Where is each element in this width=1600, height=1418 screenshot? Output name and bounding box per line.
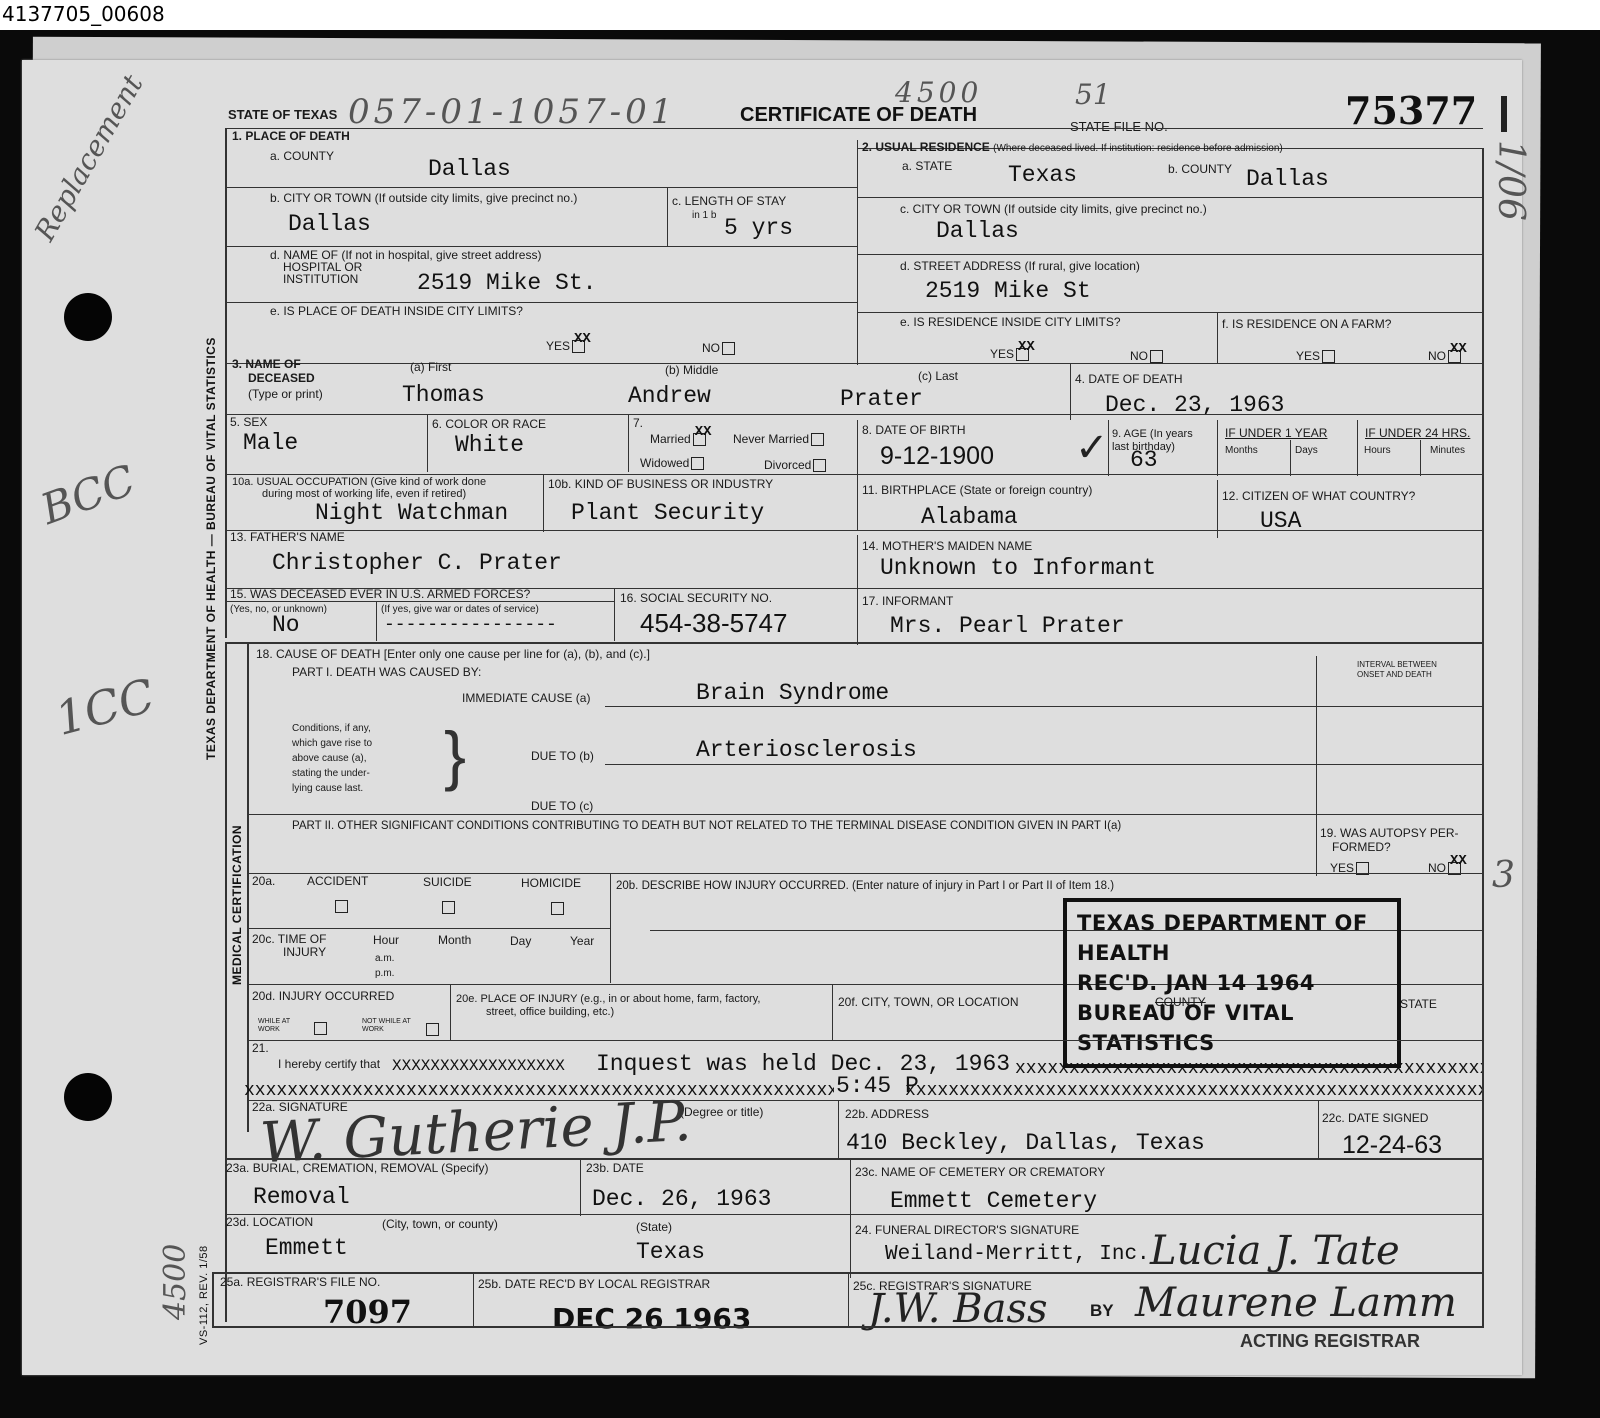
time-injury-label-2: INJURY — [283, 946, 326, 959]
yes-label: YES — [1296, 349, 1320, 363]
rule — [848, 1272, 849, 1326]
widowed-label: Widowed — [640, 456, 689, 470]
birthplace-value: Alabama — [921, 504, 1018, 530]
margin-note-4500: 4500 — [158, 1244, 193, 1320]
image-caption: 4137705_00608 — [0, 0, 165, 30]
location-state-sub: (State) — [636, 1221, 672, 1234]
rule — [610, 873, 611, 983]
rule — [450, 984, 451, 1040]
residence-inside-limits-yes[interactable]: YES — [990, 348, 1029, 361]
first-name-value: Thomas — [402, 382, 485, 408]
middle-name-label: (b) Middle — [665, 364, 718, 377]
farm-yes[interactable]: YES — [1296, 350, 1335, 363]
rule — [225, 302, 857, 303]
rule — [857, 420, 858, 530]
department-side-label: TEXAS DEPARTMENT OF HEALTH — BUREAU OF V… — [204, 337, 218, 760]
rule — [605, 764, 1482, 765]
funeral-director-signature: Lucia J. Tate — [1150, 1228, 1400, 1274]
rule — [248, 814, 1482, 815]
rule — [212, 1272, 214, 1326]
local-registrar-date-label: 25b. DATE REC'D BY LOCAL REGISTRAR — [478, 1278, 710, 1291]
state-file-number: 75377 — [1345, 88, 1477, 133]
armed-service-value: ---------------- — [384, 612, 557, 638]
typed-strikeout: xxxxxxxxxxxxxxxxxxxxxxxxxxxxxxxxxxxxxxxx… — [905, 1080, 1482, 1102]
stamp-line-3: BUREAU OF VITAL STATISTICS — [1077, 998, 1387, 1058]
registrar-file-value: 7097 — [323, 1295, 412, 1329]
length-of-stay-sub: in 1 b — [692, 210, 716, 221]
deceased-name-label-3: (Type or print) — [248, 388, 323, 401]
immediate-cause-label: IMMEDIATE CAUSE (a) — [462, 692, 590, 705]
medical-certification-label: MEDICAL CERTIFICATION — [230, 825, 244, 985]
marital-never-married[interactable]: Never Married — [733, 433, 824, 446]
month-label: Month — [438, 934, 471, 947]
rule — [857, 535, 858, 645]
last-name-value: Prater — [840, 386, 923, 412]
handwritten-top-number: 4500 — [895, 76, 982, 109]
disposition-method-label: 23a. BURIAL, CREMATION, REMOVAL (Specify… — [226, 1162, 489, 1175]
sex-value: Male — [243, 430, 298, 456]
checkbox[interactable] — [1150, 350, 1163, 363]
rule — [225, 1214, 1482, 1215]
rule — [225, 246, 857, 247]
location-label: 23d. LOCATION — [226, 1216, 313, 1229]
typed-strikeout: xxxxxxxxxxxxxxxxxxxxxxxxxxxxxxxxxxxxxxxx… — [1015, 1058, 1482, 1080]
rule — [248, 1100, 1482, 1101]
certify-label: I hereby certify that — [278, 1058, 380, 1071]
punch-hole — [64, 293, 112, 341]
date-of-death-label: 4. DATE OF DEATH — [1075, 373, 1183, 386]
residence-state-value: Texas — [1008, 162, 1077, 188]
last-name-label: (c) Last — [918, 370, 958, 383]
rule — [1482, 148, 1484, 1328]
dob-label: 8. DATE OF BIRTH — [862, 424, 966, 437]
marital-widowed[interactable]: Widowed — [640, 457, 704, 470]
informant-value: Mrs. Pearl Prater — [890, 613, 1125, 639]
dob-value: 9-12-1900 — [880, 443, 994, 469]
received-stamp: TEXAS DEPARTMENT OF HEALTH REC'D. JAN 14… — [1063, 898, 1401, 1068]
rule — [667, 188, 668, 246]
rule — [838, 1100, 839, 1158]
place-injury-label: 20e. PLACE OF INJURY (e.g., in or about … — [456, 993, 760, 1006]
cause-section-label: 18. CAUSE OF DEATH [Enter only one cause… — [256, 648, 650, 661]
at-work-checkbox[interactable] — [314, 1022, 327, 1035]
death-city-label: b. CITY OR TOWN (If outside city limits,… — [270, 192, 577, 205]
immediate-cause-value: Brain Syndrome — [696, 680, 889, 706]
days-label: Days — [1295, 445, 1318, 456]
location-value: Emmett — [265, 1235, 348, 1261]
by-label: BY — [1090, 1304, 1114, 1317]
checkbox[interactable] — [811, 433, 824, 446]
injury-state-label: STATE — [1400, 998, 1437, 1011]
residence-state-label: a. STATE — [902, 160, 952, 173]
no-label: NO — [702, 341, 720, 355]
armed-forces-value: No — [272, 612, 300, 638]
homicide-label: HOMICIDE — [521, 877, 581, 890]
hour-label: Hour — [373, 934, 399, 947]
address-value: 410 Beckley, Dallas, Texas — [846, 1130, 1205, 1156]
length-of-stay-value: 5 yrs — [724, 215, 793, 241]
day-label: Day — [510, 935, 531, 948]
industry-value: Plant Security — [571, 500, 764, 526]
farm-no[interactable]: NO — [1428, 350, 1461, 363]
months-label: Months — [1225, 445, 1258, 456]
rule — [225, 601, 615, 602]
handwritten-top-number-2: 51 — [1075, 78, 1111, 111]
checkbox-checked[interactable] — [1016, 348, 1029, 361]
place-of-death-label: 1. PLACE OF DEATH — [232, 130, 350, 143]
autopsy-label: 19. WAS AUTOPSY PER- — [1320, 827, 1459, 840]
margin-note-3: 3 — [1492, 855, 1515, 896]
rule — [473, 1272, 474, 1326]
ssn-label: 16. SOCIAL SECURITY NO. — [620, 592, 772, 605]
checkbox-checked[interactable] — [1448, 350, 1461, 363]
first-name-label: (a) First — [410, 361, 451, 374]
father-value: Christopher C. Prater — [272, 550, 562, 576]
rule — [1318, 1100, 1319, 1158]
funeral-director-label: 24. FUNERAL DIRECTOR'S SIGNATURE — [855, 1224, 1079, 1237]
rule — [614, 588, 615, 641]
rule — [605, 706, 1482, 707]
rule — [857, 312, 1482, 313]
under-day-label: IF UNDER 24 HRS. — [1365, 427, 1470, 440]
rule — [1217, 312, 1218, 364]
registrar-file-label: 25a. REGISTRAR'S FILE NO. — [220, 1276, 380, 1289]
interval-label-2: ONSET AND DEATH — [1357, 670, 1432, 680]
father-label: 13. FATHER'S NAME — [230, 531, 345, 544]
suicide-checkbox[interactable] — [442, 901, 455, 914]
rule — [225, 128, 227, 638]
checkbox[interactable] — [722, 342, 735, 355]
rule — [857, 197, 1482, 198]
conditions-note: above cause (a), — [292, 753, 367, 764]
stamp-line-2: REC'D. JAN 14 1964 — [1077, 968, 1387, 998]
acting-registrar-label: ACTING REGISTRAR — [1240, 1335, 1420, 1348]
residence-city-value: Dallas — [936, 218, 1019, 244]
citizen-label: 12. CITIZEN OF WHAT COUNTRY? — [1222, 490, 1415, 503]
due-to-b-value: Arteriosclerosis — [696, 737, 917, 763]
hospital-label-3: INSTITUTION — [283, 273, 358, 286]
rule — [225, 474, 1482, 475]
injury-occurred-label: 20d. INJURY OCCURRED — [252, 990, 394, 1003]
rule — [1108, 420, 1109, 476]
rule — [212, 1326, 1482, 1328]
yes-label: YES — [990, 347, 1014, 361]
rule — [832, 984, 833, 1040]
at-work-label: WHILE AT WORK — [258, 1018, 303, 1034]
address-label: 22b. ADDRESS — [845, 1108, 929, 1121]
date-signed-label: 22c. DATE SIGNED — [1322, 1112, 1428, 1125]
due-to-b-label: DUE TO (b) — [531, 750, 594, 763]
location-state-value: Texas — [636, 1239, 705, 1265]
race-label: 6. COLOR OR RACE — [432, 418, 546, 431]
residence-inside-limits-no[interactable]: NO — [1130, 350, 1163, 363]
cemetery-value: Emmett Cemetery — [890, 1188, 1097, 1214]
residence-city-label: c. CITY OR TOWN (If outside city limits,… — [900, 203, 1207, 216]
checkbox-checked[interactable] — [572, 340, 585, 353]
describe-injury-label: 20b. DESCRIBE HOW INJURY OCCURRED. (Ente… — [616, 880, 1114, 893]
not-at-work-label: NOT WHILE AT WORK — [362, 1018, 417, 1034]
rule — [543, 474, 544, 532]
hospital-value: 2519 Mike St. — [417, 270, 596, 296]
state-label: STATE OF TEXAS — [228, 108, 337, 121]
length-of-stay-label: c. LENGTH OF STAY — [672, 195, 786, 208]
disposition-date-value: Dec. 26, 1963 — [592, 1186, 771, 1212]
yes-label: YES — [546, 339, 570, 353]
under-year-label: IF UNDER 1 YEAR — [1225, 427, 1327, 440]
checkbox[interactable] — [1322, 350, 1335, 363]
location-sub: (City, town, or county) — [382, 1218, 498, 1231]
checkbox[interactable] — [813, 459, 826, 472]
rule — [212, 1272, 1482, 1274]
not-at-work-checkbox[interactable] — [426, 1023, 439, 1036]
divorced-label: Divorced — [764, 458, 811, 472]
rule — [225, 128, 1483, 129]
rule — [225, 530, 1482, 531]
occupation-value: Night Watchman — [315, 500, 508, 526]
accident-label: ACCIDENT — [307, 875, 368, 888]
checkmark-icon: ✓ — [1075, 425, 1109, 471]
year-label: Year — [570, 935, 594, 948]
rule — [225, 642, 1482, 644]
suicide-label: SUICIDE — [423, 876, 472, 889]
rule — [248, 928, 610, 929]
am-label: a.m. — [375, 953, 394, 964]
residence-county-label: b. COUNTY — [1168, 163, 1232, 176]
residence-inside-limits-label: e. IS RESIDENCE INSIDE CITY LIMITS? — [900, 316, 1121, 329]
middle-name-value: Andrew — [628, 383, 711, 409]
no-label: NO — [1428, 349, 1446, 363]
married-label: Married — [650, 432, 691, 446]
birthplace-label: 11. BIRTHPLACE (State or foreign country… — [862, 484, 1092, 497]
part2-label: PART II. OTHER SIGNIFICANT CONDITIONS CO… — [292, 820, 1121, 833]
rule — [1316, 656, 1317, 876]
no-label: NO — [1130, 349, 1148, 363]
stamp-line-1: TEXAS DEPARTMENT OF HEALTH — [1077, 908, 1387, 968]
acting-registrar-signature: Maurene Lamm — [1135, 1280, 1457, 1326]
rule — [248, 873, 1482, 874]
sex-label: 5. SEX — [230, 416, 267, 429]
tick-mark — [1501, 96, 1507, 132]
rule — [850, 1158, 851, 1278]
marital-label: 7. — [633, 417, 643, 430]
mother-label: 14. MOTHER'S MAIDEN NAME — [862, 540, 1032, 553]
punch-hole — [64, 1073, 112, 1121]
death-inside-limits-label: e. IS PLACE OF DEATH INSIDE CITY LIMITS? — [270, 305, 523, 318]
checkbox[interactable] — [691, 457, 704, 470]
hours-label: Hours — [1364, 445, 1391, 456]
residence-note: (Where deceased lived. If institution: r… — [993, 143, 1283, 154]
deceased-name-label-2: DECEASED — [248, 372, 315, 385]
accident-checkbox[interactable] — [335, 900, 348, 913]
homicide-checkbox[interactable] — [551, 902, 564, 915]
street-address-label: d. STREET ADDRESS (If rural, give locati… — [900, 260, 1140, 273]
age-value: 63 — [1130, 447, 1158, 473]
industry-label: 10b. KIND OF BUSINESS OR INDUSTRY — [548, 478, 773, 491]
rule — [247, 642, 249, 1132]
injury-city-label: 20f. CITY, TOWN, OR LOCATION — [838, 996, 1018, 1009]
conditions-note: stating the under- — [292, 768, 370, 779]
mother-value: Unknown to Informant — [880, 555, 1156, 581]
manner-label: 20a. — [252, 875, 275, 888]
residence-label: 2. USUAL RESIDENCE (Where deceased lived… — [862, 141, 1283, 154]
death-inside-limits-yes[interactable]: YES — [546, 340, 585, 353]
state-file-label: STATE FILE NO. — [1070, 120, 1168, 133]
autopsy-label-2: FORMED? — [1332, 841, 1391, 854]
rule — [225, 187, 857, 188]
residence-title: 2. USUAL RESIDENCE — [862, 140, 990, 154]
death-county-label: a. COUNTY — [270, 150, 334, 163]
armed-forces-label: 15. WAS DECEASED EVER IN U.S. ARMED FORC… — [230, 588, 530, 601]
certification-text: Inquest was held Dec. 23, 1963 — [596, 1051, 1010, 1077]
rule — [1070, 364, 1071, 420]
disposition-date-label: 23b. DATE — [586, 1162, 644, 1175]
rule — [857, 140, 858, 365]
farm-label: f. IS RESIDENCE ON A FARM? — [1222, 318, 1391, 331]
rule — [628, 414, 629, 472]
rule — [1357, 420, 1358, 476]
rule — [857, 254, 1482, 255]
item-21-label: 21. — [252, 1042, 269, 1055]
race-value: White — [455, 432, 524, 458]
rule — [427, 414, 428, 472]
death-county-value: Dallas — [428, 156, 511, 182]
cemetery-label: 23c. NAME OF CEMETERY OR CREMATORY — [855, 1166, 1105, 1179]
informant-label: 17. INFORMANT — [862, 595, 953, 608]
street-address-value: 2519 Mike St — [925, 278, 1091, 304]
conditions-note: Conditions, if any, — [292, 723, 371, 734]
conditions-note: which gave rise to — [292, 738, 372, 749]
residence-county-value: Dallas — [1246, 166, 1329, 192]
marital-divorced[interactable]: Divorced — [764, 459, 826, 472]
interval-label: INTERVAL BETWEEN — [1357, 660, 1437, 670]
marital-married[interactable]: Married — [650, 433, 706, 446]
ssn-value: 454-38-5747 — [640, 610, 787, 636]
checkbox-checked[interactable] — [693, 433, 706, 446]
margin-note-right: 1/06 — [1490, 140, 1531, 221]
rule — [1217, 420, 1218, 476]
handwritten-county-code: 057-01-1057-01 — [348, 92, 676, 132]
date-signed-value: 12-24-63 — [1342, 1132, 1442, 1158]
never-married-label: Never Married — [733, 432, 809, 446]
deceased-name-label: 3. NAME OF — [232, 358, 301, 371]
death-city-value: Dallas — [288, 211, 371, 237]
rule — [1290, 440, 1291, 476]
brace-icon: } — [444, 720, 466, 790]
due-to-c-label: DUE TO (c) — [531, 800, 593, 813]
death-inside-limits-no[interactable]: NO — [702, 342, 735, 355]
pm-label: p.m. — [375, 968, 394, 979]
conditions-note: lying cause last. — [292, 783, 363, 794]
typed-strikeout: XXXXXXXXXXXXXXXXXX — [392, 1055, 592, 1077]
rule — [580, 1158, 581, 1216]
place-injury-label-2: street, office building, etc.) — [486, 1006, 614, 1019]
rule — [376, 601, 377, 641]
degree-label: (Degree or title) — [680, 1106, 763, 1119]
disposition-method-value: Removal — [253, 1184, 350, 1210]
rule — [248, 1040, 1482, 1041]
funeral-director-value: Weiland-Merritt, Inc. — [885, 1242, 1150, 1268]
minutes-label: Minutes — [1430, 445, 1465, 456]
part1-label: PART I. DEATH WAS CAUSED BY: — [292, 666, 481, 679]
age-label: 9. AGE (In years last birthday) — [1112, 428, 1212, 454]
form-revision: VS-112, REV. 1/58 — [198, 1245, 210, 1345]
rule — [1420, 440, 1421, 476]
rule — [225, 414, 1482, 415]
local-registrar-date-value: DEC 26 1963 — [552, 1304, 751, 1334]
rule — [225, 1158, 1482, 1160]
